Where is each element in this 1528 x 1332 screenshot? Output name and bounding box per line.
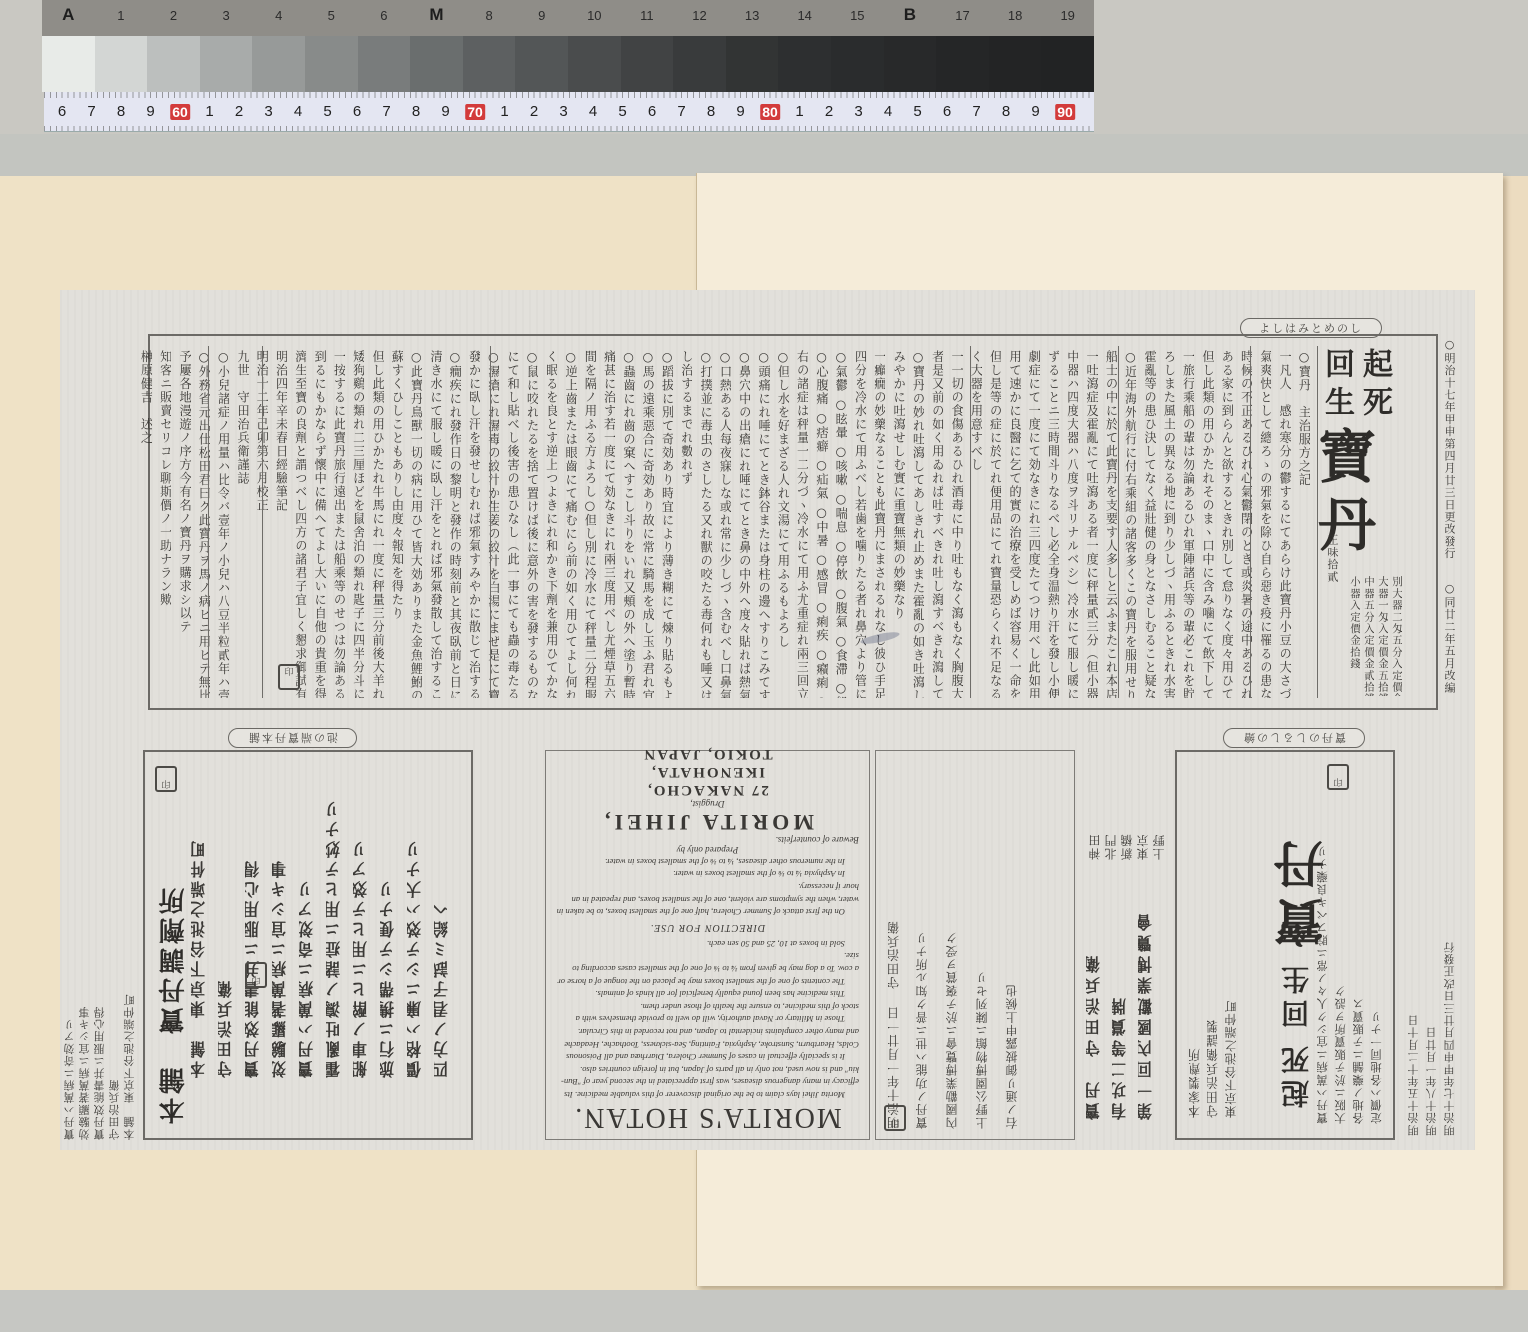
upper-text-column: 氣爽快として總ろゝの邪氣を除ひ自ら惡き疫に罹るの患なからしむ凡 <box>1259 350 1271 698</box>
seal-stamp: 印 <box>155 766 177 792</box>
title-divider <box>1317 346 1318 698</box>
upper-text-column: 劇症にて一度にて効なきにれ三四度たてつけ用べし此如用く此寶丹を <box>1028 350 1040 698</box>
award-line: 寶丹 守田治兵衛 <box>1086 820 1103 1120</box>
ruler-number: 8 <box>117 103 125 120</box>
price-label: 正味拾貳 <box>1327 534 1338 694</box>
ruler-number: 5 <box>913 103 921 120</box>
upper-text-column: 一一切の食傷あるひれ酒毒に中り吐もなく瀉もなく胸腹大に痛み苦悶堪難き <box>950 350 962 698</box>
upper-text-column: ある家に到らんと欲するときれ別して怠りなく度々用ひてよろし <box>1221 350 1233 698</box>
patch-label: 12 <box>692 8 706 23</box>
upper-text-column: く眠るを良とす逆上つよきにれ和かき下劑を兼用ひてかならずよろし <box>545 350 557 698</box>
upper-text-column: 九世 守田治兵衛謹誌 <box>236 350 248 698</box>
gray-patch <box>305 36 358 92</box>
gray-patch <box>621 36 674 92</box>
centimeter-ruler: 678960123456789701234567898012345678990 <box>44 92 1094 132</box>
gray-patch <box>410 36 463 92</box>
price-3: 大器一匁入定價金五拾錢 <box>1378 576 1389 696</box>
patch-label: 15 <box>850 8 864 23</box>
ruler-number: 6 <box>648 103 656 120</box>
ruler-number: 6 <box>58 103 66 120</box>
patch-label: B <box>904 5 916 25</box>
lower-left-column: 本舗 東京下谷池之端仲町 <box>191 758 208 1078</box>
patch-label: 6 <box>380 8 387 23</box>
patch-label: 4 <box>275 8 282 23</box>
inverted-lower-half: 本舗 寶丹調劑所 本舗 東京下谷池之端仲町守田治兵衛寶丹效能書并ニ服用心得効驗顯… <box>60 730 1475 1150</box>
gray-patch <box>778 36 831 92</box>
upper-text-column: 矮狗鷄の類れ二三厘ほどを鼠舍泊の類れ匙子に四半分斗にてよろし <box>352 350 364 698</box>
lower-left-column: 霍亂吐瀉ノ諸症ニ用ヒテ妙ナリ <box>326 758 343 1078</box>
lower-right-column: 大阪ニ於テ販賣所ヲ設ク <box>1335 764 1347 1124</box>
gray-patch <box>884 36 937 92</box>
price-4: 別大器二匁五分入定價金壹圓 <box>1392 576 1403 696</box>
lower-japanese-left-panel: 本舗 寶丹調劑所 本舗 東京下谷池之端仲町守田治兵衛寶丹效能書并ニ服用心得効驗顯… <box>143 750 473 1140</box>
upper-text-column: 濟生至寶の良劑と謂つべし四方の諸君子宜しく懇求御試有んことを祈る <box>294 350 306 698</box>
upper-text-column: ○小兒諸症ノ用量ハ比令バ壹年ノ小兒ハ八豆半粒貳年ハ壹粒湯水ニ解シ用ユ <box>217 350 229 698</box>
lower-title-kishi: 起死 <box>1277 1040 1317 1108</box>
upper-text-column: く大器を用意すべし <box>970 350 982 698</box>
award-line: 第一回內國勸業博覽會 <box>1138 820 1155 1120</box>
upper-text-column: ○癇疾にれ發作日の黎明と發作の時刻前と其夜臥前と日に三回秤量二分程宛 <box>449 350 461 698</box>
seal-stamp: 印 <box>278 664 300 690</box>
lower-left-column: 船車ノ醉ヒニ用ヒテ效アリ <box>353 758 370 1078</box>
ruler-number: 4 <box>884 103 892 120</box>
patch-label: 13 <box>745 8 759 23</box>
ruler-number: 8 <box>412 103 420 120</box>
address-line: IKENOHATA, <box>556 763 859 781</box>
gray-patch <box>252 36 305 92</box>
upper-text-column: ○逆上齒または眼齒にて痛むにら前の如く用ひてよし何れも氣を沈めて少し <box>564 350 576 698</box>
english-heading: MORITA'S HOTAN. <box>556 1101 859 1133</box>
upper-text-column: ○氣鬱 ○眩暈 ○咳嗽 ○喘息 ○停飲 ○腹氣 ○食滯 ○船車酒害 <box>835 350 847 698</box>
beware-notice: Beware of counterfeits. <box>556 835 859 845</box>
upper-text-column: にて和し貼べし後害の患ひなし（此一事にても蟲の毒たるに良を知べし <box>506 350 518 698</box>
lower-far-left-column: 寶丹效能書并ニ服用心得 <box>94 750 105 1140</box>
english-paragraph: Those in Military or Naval authority, wi… <box>556 1000 859 1025</box>
lower-left-column: 守田治兵衛 <box>218 758 235 1078</box>
price-1: 小器入定價金拾錢 <box>1350 576 1361 696</box>
upper-text-column: 一癲癇の妙藥なることも此寶丹にまされるれなし彼ひ手足厥冷せしにも秤量三 <box>873 350 885 698</box>
upper-text-column: 者是又前の如く用ゐれば吐すべきれ吐し瀉すべきれ瀉して速に快治すべし <box>931 350 943 698</box>
upper-text-column: 船士の中に於て此寶丹を支要す人多しと云ふまたこれ本店の幸福なり <box>1105 350 1117 698</box>
revision-date-note: ○同廿二年五月改編 <box>1444 582 1455 702</box>
ruler-number: 1 <box>205 103 213 120</box>
patch-label: 14 <box>797 8 811 23</box>
upper-text-column: ○寶丹 主治服方之記 <box>1298 350 1310 698</box>
lower-right-maker: 守田治兵衛謹製 <box>1207 758 1220 1118</box>
ruler-number: 1 <box>500 103 508 120</box>
direction-paragraph: In Asphyxia ¼ to ⅛ of the smallest boxes… <box>556 868 859 881</box>
ruler-number: 6 <box>353 103 361 120</box>
ruler-number: 1 <box>795 103 803 120</box>
english-paragraph: Morita Jihei lays claim to be the origin… <box>556 1063 859 1101</box>
upper-text-column: 發かに臥し汗を發せしむれば邪氣すみやかに散じて治するものなり <box>468 350 480 698</box>
lower-shop-heading: 本舗 寶丹調劑所 <box>155 884 192 1124</box>
upper-text-column: 中器ハ四度大器ハ八度ヲ斗リナルベシ）冷水にて服し暖に臥して心氣を安ん <box>1066 350 1078 698</box>
ruler-number: 7 <box>87 103 95 120</box>
ruler-number: 9 <box>146 103 154 120</box>
upper-text-column: 但し是等の症に於てれ便用品にてれ寶量恐らくれ不足なるべしよろし <box>989 350 1001 698</box>
gray-patch <box>515 36 568 92</box>
ruler-number: 4 <box>294 103 302 120</box>
english-paragraph: Sold in boxes at 10, 25 and 50 sen each. <box>556 937 859 950</box>
address-line: 27 NAKACHO, <box>556 781 859 799</box>
lower-middle-column: 上野公園博物館ニ陳列セリ <box>976 759 988 1129</box>
upper-text-column: 榊原健吉 述之 <box>140 350 152 698</box>
column-divider <box>970 346 971 698</box>
gray-patch <box>936 36 989 92</box>
lower-japanese-right-panel: 起死 回生 寶丹 寶丹ハ萬病ニ宜シク人々ノ常ニ貯フベキ良藥ナリ大阪ニ於テ販賣所ヲ… <box>1175 750 1395 1140</box>
ruler-ticks <box>44 92 1094 131</box>
upper-text-column: 到るにもかならず懷中に備へてよし大いに自他の貴重を得べし實にこれ <box>313 350 325 698</box>
award-place: 北門 <box>1105 760 1117 860</box>
direction-heading: DIRECTION FOR USE. <box>556 922 859 933</box>
ruler-number: 9 <box>736 103 744 120</box>
upper-text-column: ○鼻穴中の出瘡にれ唾にてとき鼻の中外へ度々貼れば熱氣散じて治するなり <box>738 350 750 698</box>
calibration-label-strip: A123456M89101112131415B171819 <box>42 0 1094 36</box>
ruler-number: 80 <box>760 104 780 120</box>
gray-patch <box>726 36 779 92</box>
upper-text-column: 右の諸症は秤量一二分づヽ冷水にて用ふ尤重症れ兩三回立つけ用ふべし <box>796 350 808 698</box>
upper-text-column: ○馬の遠乘惡合に奇効あり故に常に騎馬を成し玉ふ君れ宜く御貯へあるべし <box>642 350 654 698</box>
lower-left-column: 價格ハ廉ニシテ效ハ大ナリ <box>407 758 424 1078</box>
upper-text-column: ろしまた風土の異なる地に到り少しづヽ用ふるときれ水害あるひれ中暑 <box>1163 350 1175 698</box>
patch-label: 10 <box>587 8 601 23</box>
lower-middle-signature: 守田治兵衛 <box>888 769 901 989</box>
ruler-number: 2 <box>235 103 243 120</box>
gray-patch <box>1041 36 1094 92</box>
lower-far-left-column: 守田治兵衛 <box>109 750 120 1140</box>
column-divider <box>262 346 263 698</box>
ruler-number: 3 <box>559 103 567 120</box>
upper-text-column: 明治四年辛未春日經驗筆記 <box>275 350 287 698</box>
lower-right-date: 明治十七年甲申四月廿三日改正發行 <box>1444 756 1455 1136</box>
lower-left-column: 効驗顯著萬病ニ宜シキ事 <box>272 758 289 1078</box>
lower-left-column: 四方ノ君子試ミ給ヘ <box>434 758 451 1078</box>
patch-label: 11 <box>640 8 654 23</box>
background-table <box>0 134 1528 176</box>
lower-japanese-middle-panel: 寶丹ノ功能ハ世ニ普ク知ル所ナリ內國勸業博覽會ニ於テ褒賞ヲ受ク上野公園博物館ニ陳列… <box>875 750 1075 1140</box>
ruler-number: 60 <box>170 104 190 120</box>
gray-patch <box>95 36 148 92</box>
ruler-number: 5 <box>618 103 626 120</box>
lower-right-column: 寶丹ハ萬病ニ宜シク人々ノ常ニ貯フベキ良藥ナリ <box>1317 764 1329 1124</box>
patch-label: 2 <box>170 8 177 23</box>
ruler-number: 3 <box>854 103 862 120</box>
upper-text-column: ○此寶丹鳥獸一切の病に用ひて皆大効ありまた金魚鯉鮒の類死せんとせしを <box>410 350 422 698</box>
upper-text-column: ○頭痛にれ唾にてとき鉢谷または身柱の邊へすりこみてすみやかに治する也 <box>757 350 769 698</box>
prepared-by: Prepared only by <box>556 845 859 855</box>
upper-text-column: 蘇すくひしこともありし由度々報知を得たり <box>391 350 403 698</box>
seal-stamp: 印 <box>245 962 267 988</box>
title-hotan: 寶丹 <box>1300 426 1384 562</box>
ruler-number: 2 <box>825 103 833 120</box>
upper-text-column: 痛甚に治す若一度にて効なきにれ兩三度用べし尤煙草五六服吸ふ程の <box>603 350 615 698</box>
patch-label: 8 <box>485 8 492 23</box>
lower-left-column: 旅行ニ携帶シテ便ナリ <box>380 758 397 1078</box>
lower-far-left-column: 寶丹ハ萬病ニ奇効アリ <box>64 750 75 1140</box>
lower-title-kaisei: 回生 <box>1277 960 1317 1028</box>
ruler-number: 7 <box>382 103 390 120</box>
column-divider <box>490 346 491 698</box>
ruler-number: 70 <box>465 104 485 120</box>
patch-label: 1 <box>117 8 124 23</box>
patch-label: A <box>62 5 74 25</box>
upper-text-column: ○口熱ある人每夜寐しな或れ常に少しづヽ含むべし口鼻氣他人へ洩るとなし <box>719 350 731 698</box>
upper-text-column: 四分を冷水にて用ふべし若歯を噛りたる者れ鼻穴より管にて强く吹込べし <box>854 350 866 698</box>
award-place: 東京 <box>1137 760 1149 860</box>
lower-middle-column: 內國勸業博覽會ニ於テ褒賞ヲ受ク <box>946 759 958 1129</box>
upper-text-column: 一凡人 感れ寒分の鬱するにてあらけ此寶丹小豆の大さづヽ服してよろし心 <box>1278 350 1290 698</box>
ruler-number: 2 <box>530 103 538 120</box>
upper-text-panel: 起死 回生 寶丹 正味拾貳 小器入定價金拾錢 中器五分入定價金貳拾錢 大器一匁入… <box>148 334 1438 710</box>
gray-patch <box>989 36 1042 92</box>
upper-text-column: 用て速かに良醫に乞て的實の治療を受しめば容易く一命を救ふを得べし <box>1008 350 1020 698</box>
broadside-sheet: よしはみとめのし 起死 回生 寶丹 正味拾貳 小器入定價金拾錢 中器五分入定價金… <box>60 290 1475 1150</box>
maker-name: MORITA JIHEI, <box>556 809 859 835</box>
upper-text-column: ○打撲並に毒虫のさしたる又れ獸の咬たる毒何れも唾又は水にて煉り貼てよ <box>699 350 711 698</box>
ruler-number: 4 <box>589 103 597 120</box>
english-paragraph: It is specially effectual in cases of Su… <box>556 1025 859 1063</box>
ruler-number: 5 <box>323 103 331 120</box>
grayscale-step-wedge <box>42 36 1094 92</box>
column-divider <box>1118 346 1119 698</box>
title-kaisei: 回生 <box>1314 348 1358 424</box>
gray-patch <box>831 36 884 92</box>
award-place: 上野 <box>1153 760 1165 860</box>
direction-paragraph: On the first attack of Summer Cholera, h… <box>556 881 859 919</box>
ruler-number: 8 <box>707 103 715 120</box>
ruler-number: 3 <box>264 103 272 120</box>
price-2: 中器五分入定價金貳拾錢 <box>1364 576 1375 696</box>
english-paragraph: This medicine has been found equally ben… <box>556 988 859 1001</box>
ruler-number: 7 <box>677 103 685 120</box>
english-circular: MORITA'S HOTAN. Morita Jihei lays claim … <box>545 750 870 1140</box>
address-line: TOKIO, JAPAN <box>556 745 859 763</box>
maker-title: Druggist, <box>556 799 859 809</box>
upper-text-column: 一旅行乘船の輩は勿論あるひれ軍陣諸兵等の輩必これを貯へ時々服してよ <box>1182 350 1194 698</box>
gray-patch <box>42 36 95 92</box>
lower-right-date: 明治十五年十二月十日 <box>1408 756 1419 1136</box>
lower-middle-column: 右ノ通リ御披露申上候也 <box>1006 759 1018 1129</box>
gray-patch <box>463 36 516 92</box>
upper-text-column: ○心腹痛 ○痞癖 ○疝氣 ○中暑 ○感冒 ○痢疾 ○癪痢 ○泄瀉 ○痘疾 <box>815 350 827 698</box>
gray-patch <box>200 36 253 92</box>
upper-text-column: ○鼠に咬れたるを捨て置けば後に意外の害を發するものなり早くこの寶丹を唾 <box>526 350 538 698</box>
upper-text-column: 但し此類の用ひかたれ牛馬にれ一度に秤量三分前後大羊れ壹分半り猫 <box>371 350 383 698</box>
upper-text-column: ○寶丹の妙れ吐瀉してあしきれ止めまた霍亂の如き吐瀉してよきものれす <box>912 350 924 698</box>
background-table-bottom <box>0 1290 1528 1332</box>
gray-patch <box>673 36 726 92</box>
upper-text-column: 清き水にて服し暖に臥し汗をとれば邪氣發散して治すること妙なり <box>429 350 441 698</box>
gray-patch <box>358 36 411 92</box>
footer-ornament: 池の端寶丹本舗 <box>228 728 357 748</box>
color-calibration-target: A123456M89101112131415B171819 6789601234… <box>42 0 1094 134</box>
upper-text-column: みやかに吐瀉せしむ實に重寶無類の妙藥なり <box>892 350 904 698</box>
lower-middle-column: 寶丹ノ功能ハ世ニ普ク知ル所ナリ <box>916 759 928 1129</box>
ruler-number: 6 <box>943 103 951 120</box>
patch-label: 3 <box>222 8 229 23</box>
issue-date-note: ○明治十七年甲申第四月廿三日更改發行 <box>1444 338 1455 578</box>
upper-text-column: ○蟲齒にれ齒の窠へすこし斗りをいれ又頰の外へ塗り暫時心氣を安んずべし <box>622 350 634 698</box>
seal-stamp: 印 <box>1327 764 1349 790</box>
upper-text-column: ○但し水を好まざる人れ文湯にて用ふるもよろし <box>777 350 789 698</box>
lower-right-date: 明治十八年一月廿日 <box>1426 756 1437 1136</box>
lower-right-issuer: 本家製劑所 <box>1189 758 1202 1118</box>
lower-left-column: 寶丹效能書并ニ服用心得 <box>245 758 262 1078</box>
patch-label: 17 <box>955 8 969 23</box>
ruler-number: 90 <box>1055 104 1075 120</box>
patch-label: 9 <box>538 8 545 23</box>
upper-text-column: 間を隔ノ用ふる方よろし○但し別に冷水にて秤量二分程服して猶良し <box>584 350 596 698</box>
title-kishi: 起死 <box>1352 348 1396 424</box>
gray-patch <box>147 36 200 92</box>
award-place: 神田 <box>1089 760 1101 860</box>
column-divider <box>1250 346 1251 698</box>
upper-text-column: 霍亂等の患ひ決してなく益壯健の身となさしむること疑なし <box>1143 350 1155 698</box>
ruler-number: 7 <box>972 103 980 120</box>
lower-right-column: 各地ノ藥舗ニテ販賣ス <box>1353 764 1365 1124</box>
ruler-number: 9 <box>1031 103 1039 120</box>
lower-left-column: 寶丹ハ萬病ニ奇効アリ <box>299 758 316 1078</box>
ruler-number: 9 <box>441 103 449 120</box>
seal-stamp: 印 <box>884 1105 906 1131</box>
upper-text-column: 一按するに此寶丹旅行遠出または船乘等のせつは勿論あるひれ遊宴の席に <box>333 350 345 698</box>
footer-ornament: 寶丹のしるしの繪 <box>1223 728 1365 748</box>
upper-text-column: 但し此類の用ひかたれそのまヽ口中に含み噛にて飲下してよし <box>1201 350 1213 698</box>
patch-label: 19 <box>1060 8 1074 23</box>
lower-far-left-column: 効驗顯著萬病ニ宜シキ事 <box>79 750 90 1140</box>
award-line: 有功二等賞牌 <box>1112 820 1129 1120</box>
upper-text-column: ○蹈拔に別て奇効あり時宜により薄き糊にて煉り貼るもよし <box>661 350 673 698</box>
gray-patch <box>568 36 621 92</box>
award-place: 新橋 <box>1121 760 1133 860</box>
english-paragraph: The contents of one of the smallest boxe… <box>556 950 859 988</box>
lower-right-column: 定價ハ各地同一ナリ <box>1371 764 1383 1124</box>
ruler-number: 8 <box>1002 103 1010 120</box>
lower-right-address: 東京下谷池之端仲町 <box>1225 758 1237 1118</box>
upper-text-column: 予屢各地漫遊ノ序方今有名ノ寶丹ヲ購求シ以テ <box>178 350 190 698</box>
upper-text-column: 一吐瀉症及霍亂にて吐瀉ある者一度に秤量貳三分（但小器ハ凡二度ニ用ヒ <box>1085 350 1097 698</box>
direction-paragraph: In the numerous other diseases, ¼ to ⅛ o… <box>556 855 859 868</box>
patch-label: 18 <box>1008 8 1022 23</box>
column-divider <box>208 346 209 698</box>
upper-text-column: ○濕瘡にれ濕毒の絞汁か生姜の絞汁を白湯にまぜ是にて寶丹秤量三分を用ひ <box>487 350 499 698</box>
upper-text-column: ○近年海外航行に付右乘組の諸客多くこの寶丹を服用せり故に方今 <box>1124 350 1136 698</box>
patch-label: M <box>429 5 443 25</box>
patch-label: 5 <box>328 8 335 23</box>
upper-text-column: 知客ニ販賣セリコレ聊斯價ノ一助ナラン歟 <box>159 350 171 698</box>
lower-far-left-column: 本舗 東京下谷池之端仲町 <box>124 750 135 1140</box>
upper-text-column: し治するまでれ數れず <box>680 350 692 698</box>
upper-text-column: ずることニ三時間斗りなるべし必全身温熱り汗を發し小便通じて治す尤も <box>1047 350 1059 698</box>
